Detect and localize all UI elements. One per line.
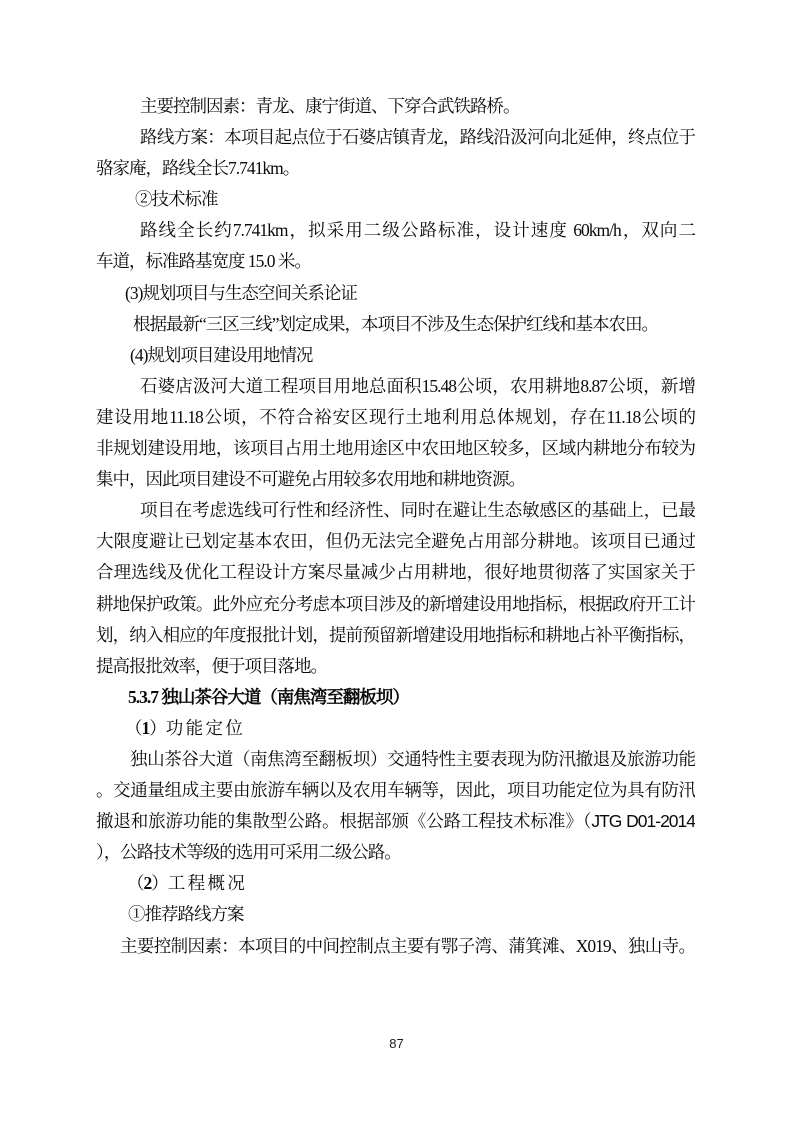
text-run: 骆家庵，路线全长7.741km。 <box>96 158 299 178</box>
text-run: 路线全长约7.741km，拟采用二级公路标准，设计速度 60km/h，双向二 <box>140 220 695 240</box>
text-run: （ <box>127 873 144 893</box>
page-number: 87 <box>389 1036 403 1051</box>
document-body: 主要控制因素：青龙、康宁街道、下穿合武铁路桥。路线方案：本项目起点位于石婆店镇青… <box>96 91 695 962</box>
subheading-line: (4)规划项目建设用地情况 <box>96 340 695 371</box>
body-line: 。交通量组成主要由旅游车辆以及农用车辆等，因此，项目功能定位为具有防汛 <box>96 775 695 806</box>
body-line: 建设用地11.18公顷，不符合裕安区现行土地利用总体规划，存在11.18公顷的 <box>96 402 695 433</box>
text-run: 大限度避让已划定基本农田，但仍无法完全避免占用部分耕地。该项目已通过 <box>96 531 695 551</box>
body-line: 骆家庵，路线全长7.741km。 <box>96 153 695 184</box>
text-run: 耕地保护政策。此外应充分考虑本项目涉及的新增建设用地指标，根据政府开工计 <box>96 594 695 614</box>
subheading-line: ①推荐路线方案 <box>96 899 695 930</box>
body-line: ），公路技术等级的选用可采用二级公路。 <box>96 837 695 868</box>
text-run: 合理选线及优化工程设计方案尽量减少占用耕地，很好地贯彻落了实国家关于 <box>96 562 695 582</box>
document-page: 主要控制因素：青龙、康宁街道、下穿合武铁路桥。路线方案：本项目起点位于石婆店镇青… <box>0 0 793 1122</box>
text-run: 车道，标准路基宽度 15.0 米。 <box>96 251 311 271</box>
text-run: 项目在考虑选线可行性和经济性、同时在避让生态敏感区的基础上，已最 <box>140 500 695 520</box>
text-run: JTG D01-2014 <box>591 811 695 831</box>
text-run: ①推荐路线方案 <box>128 904 244 924</box>
body-line: 划，纳入相应的年度报批计划，提前预留新增建设用地指标和耕地占补平衡指标， <box>96 620 695 651</box>
text-run: 。交通量组成主要由旅游车辆以及农用车辆等，因此，项目功能定位为具有防汛 <box>96 780 695 800</box>
text-run: 主要控制因素：青龙、康宁街道、下穿合武铁路桥。 <box>140 96 520 116</box>
body-line: 独山茶谷大道（南焦湾至翻板坝）交通特性主要表现为防汛撤退及旅游功能 <box>96 744 695 775</box>
text-run: 路线方案：本项目起点位于石婆店镇青龙，路线沿汲河向北延伸，终点位于 <box>140 127 695 147</box>
section-heading: 5.3.7 独山茶谷大道（南焦湾至翻板坝） <box>96 682 695 713</box>
body-line: 耕地保护政策。此外应充分考虑本项目涉及的新增建设用地指标，根据政府开工计 <box>96 589 695 620</box>
text-run: ）功 能 定 位 <box>149 718 242 738</box>
body-line: 集中，因此项目建设不可避免占用较多农用地和耕地资源。 <box>96 464 695 495</box>
text-run: 石婆店汲河大道工程项目用地总面积15.48公顷，农用耕地8.87公顷，新增 <box>140 376 695 396</box>
body-line: 提高报批效率，便于项目落地。 <box>96 651 695 682</box>
text-run: 撤退和旅游功能的集散型公路。根据部颁《公路工程技术标准》（ <box>96 811 591 831</box>
subheading-line: (3)规划项目与生态空间关系论证 <box>96 278 695 309</box>
body-line: 撤退和旅游功能的集散型公路。根据部颁《公路工程技术标准》（JTG D01-201… <box>96 806 695 837</box>
page-footer: 87 <box>0 1036 793 1051</box>
text-run: ），公路技术等级的选用可采用二级公路。 <box>96 842 401 862</box>
body-line: 主要控制因素：本项目的中间控制点主要有鄂子湾、蒲箕滩、X019、独山寺。 <box>96 931 695 962</box>
text-run: ②技术标准 <box>135 189 218 209</box>
body-line: 项目在考虑选线可行性和经济性、同时在避让生态敏感区的基础上，已最 <box>96 495 695 526</box>
body-line: 主要控制因素：青龙、康宁街道、下穿合武铁路桥。 <box>96 91 695 122</box>
text-run: 非规划建设用地，该项目占用土地用途区中农田地区较多，区域内耕地分布较为 <box>96 438 695 458</box>
body-line: 根据最新“三区三线”划定成果，本项目不涉及生态保护红线和基本农田。 <box>96 309 695 340</box>
subheading-line: ②技术标准 <box>96 184 695 215</box>
body-line: 合理选线及优化工程设计方案尽量减少占用耕地，很好地贯彻落了实国家关于 <box>96 557 695 588</box>
subheading-line: （1）功 能 定 位 <box>96 713 695 744</box>
text-run: ）工 程 概 况 <box>151 873 244 893</box>
text-run: 划，纳入相应的年度报批计划，提前预留新增建设用地指标和耕地占补平衡指标， <box>96 625 695 645</box>
body-line: 大限度避让已划定基本农田，但仍无法完全避免占用部分耕地。该项目已通过 <box>96 526 695 557</box>
text-run: (4)规划项目建设用地情况 <box>130 345 312 365</box>
text-run: (3)规划项目与生态空间关系论证 <box>125 283 357 303</box>
body-line: 非规划建设用地，该项目占用土地用途区中农田地区较多，区域内耕地分布较为 <box>96 433 695 464</box>
text-run: 根据最新“三区三线”划定成果，本项目不涉及生态保护红线和基本农田。 <box>133 314 658 334</box>
subheading-line: （2）工 程 概 况 <box>96 868 695 899</box>
body-line: 石婆店汲河大道工程项目用地总面积15.48公顷，农用耕地8.87公顷，新增 <box>96 371 695 402</box>
text-run: 建设用地11.18公顷，不符合裕安区现行土地利用总体规划，存在11.18公顷的 <box>96 407 695 427</box>
text-run: 集中，因此项目建设不可避免占用较多农用地和耕地资源。 <box>96 469 525 489</box>
text-run: 提高报批效率，便于项目落地。 <box>96 656 327 676</box>
text-run: （ <box>125 718 142 738</box>
text-run: 主要控制因素：本项目的中间控制点主要有鄂子湾、蒲箕滩、X019、独山寺。 <box>120 936 695 956</box>
text-run: 5.3.7 独山茶谷大道（南焦湾至翻板坝） <box>128 687 409 707</box>
body-line: 路线方案：本项目起点位于石婆店镇青龙，路线沿汲河向北延伸，终点位于 <box>96 122 695 153</box>
text-run: 独山茶谷大道（南焦湾至翻板坝）交通特性主要表现为防汛撤退及旅游功能 <box>130 749 695 769</box>
body-line: 路线全长约7.741km，拟采用二级公路标准，设计速度 60km/h，双向二 <box>96 215 695 246</box>
body-line: 车道，标准路基宽度 15.0 米。 <box>96 246 695 277</box>
